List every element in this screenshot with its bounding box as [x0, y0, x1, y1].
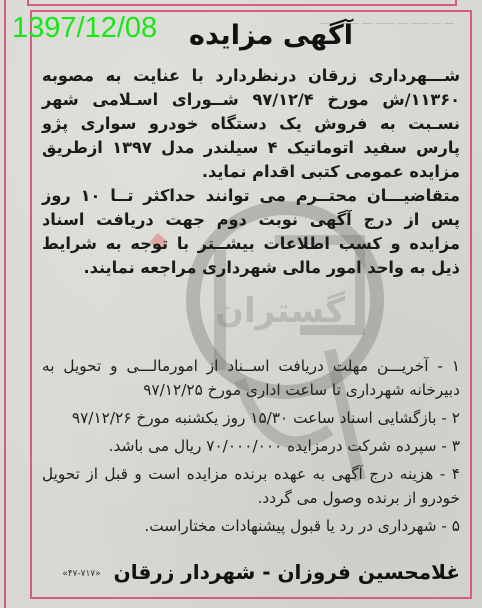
signature-line: غلامحسین فروزان - شهردار زرقان «۷۱۷-۴۷»	[42, 558, 460, 588]
left-column-rule	[0, 0, 6, 608]
signature-name: غلامحسین فروزان - شهردار زرقان	[114, 560, 460, 584]
conditions-list: ۱ - آخریـــن مهلت دریافت اســناد از امور…	[42, 354, 460, 542]
condition-item-3: ۳ - سپرده شرکت درمزایده ۷۰/۰۰۰/۰۰۰ ریال …	[42, 434, 460, 458]
notice-title: آگهی مزایده	[42, 18, 460, 54]
notice-paragraph-1: شـــهرداری زرقان درنظردارد با عنایت به م…	[42, 64, 460, 184]
condition-item-2: ۲ - بازگشایی اسناد ساعت ۱۵/۳۰ روز یکشنبه…	[42, 406, 460, 430]
notice-body: شـــهرداری زرقان درنظردارد با عنایت به م…	[42, 64, 460, 280]
condition-item-1: ۱ - آخریـــن مهلت دریافت اســناد از امور…	[42, 354, 460, 402]
condition-item-5: ۵ - شهرداری در رد یا قبول پیشنهادات مختا…	[42, 514, 460, 538]
notice-paragraph-2: متقاضیـــان محتــرم می توانند حداکثر تــ…	[42, 184, 460, 280]
ad-code: «۷۱۷-۴۷»	[62, 569, 100, 579]
condition-item-4: ۴ - هزینه درج آگهی به عهده برنده مزایده …	[42, 462, 460, 510]
top-column-rule	[27, 0, 457, 6]
newspaper-clipping: ـــ ـــ ـــــ ـــ ــــــ ـــ ـــــــ ـــ…	[0, 0, 482, 608]
